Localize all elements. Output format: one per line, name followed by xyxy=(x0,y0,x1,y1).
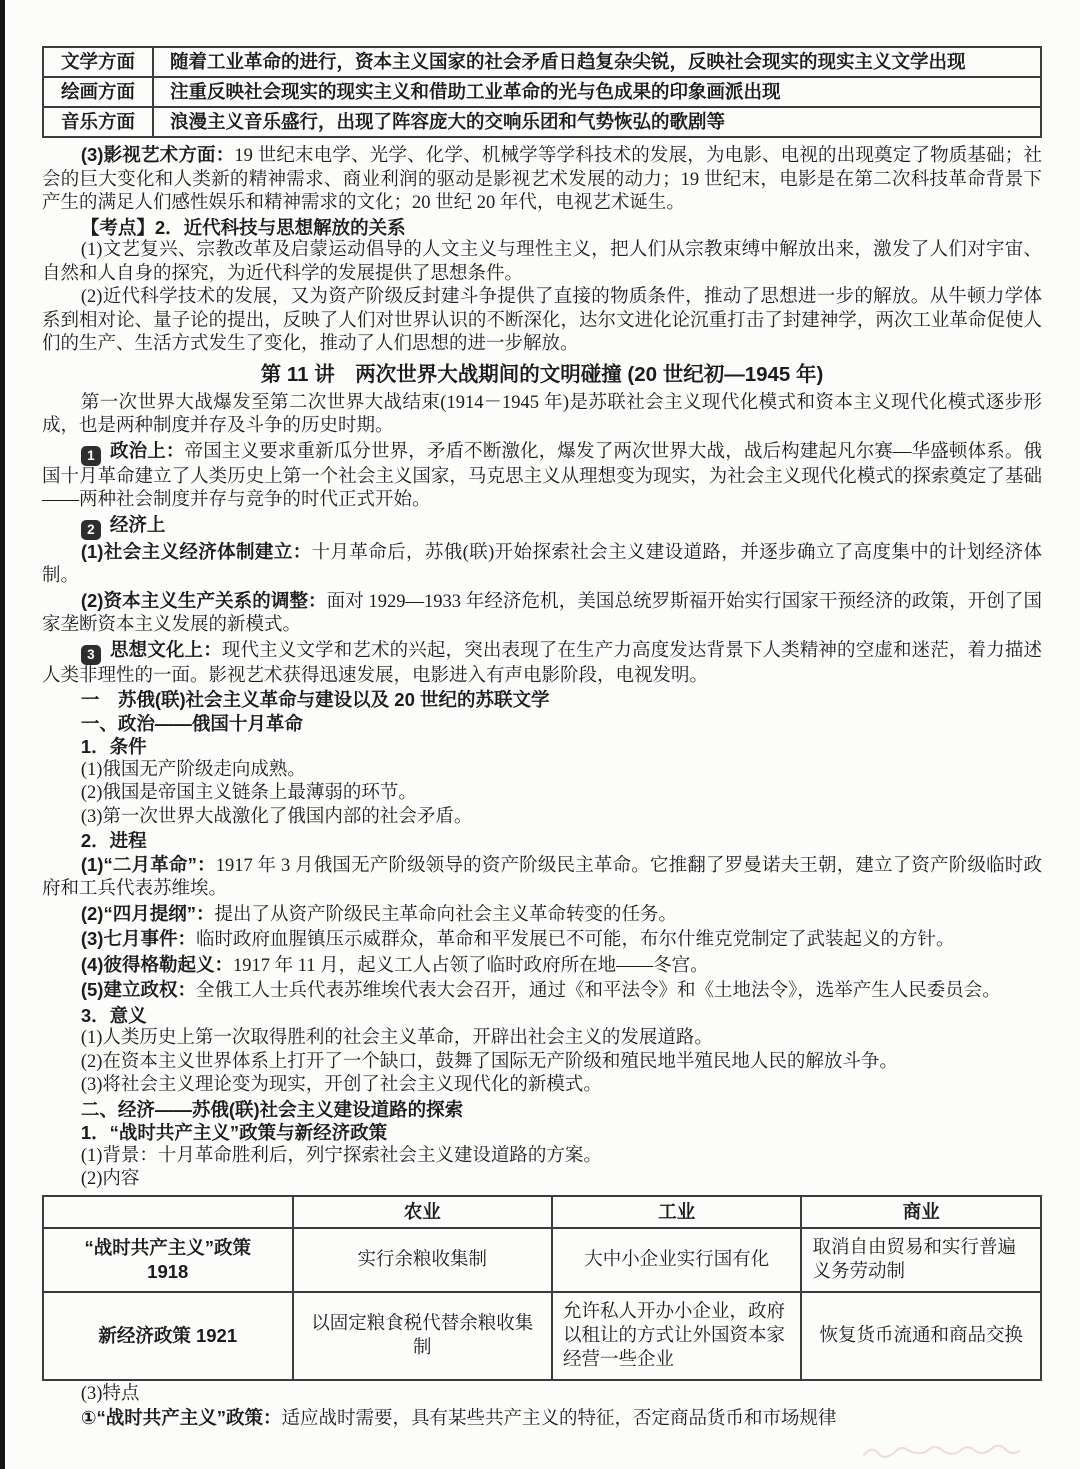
exam-point-heading: 【考点】2．近代科技与思想解放的关系 xyxy=(42,216,1042,240)
culture-aspects-table: 文学方面 随着工业革命的进行，资本主义国家的社会矛盾日趋复杂尖锐，反映社会现实的… xyxy=(42,46,1042,138)
policy-year: 1918 xyxy=(54,1260,282,1284)
header-empty xyxy=(43,1196,293,1228)
process-item-text: 全俄工人士兵代表苏维埃代表大会召开，通过《和平法令》和《土地法令》，选举产生人民… xyxy=(196,981,1001,1001)
features-item-1-text: 适应战时需要，具有某些共产主义的特征，否定商品货币和市场规律 xyxy=(282,1409,837,1429)
commerce-cell: 恢复货币流通和商品交换 xyxy=(801,1292,1041,1380)
heading-conditions: 1．条件 xyxy=(42,735,1042,759)
table-row: 文学方面 随着工业革命的进行，资本主义国家的社会矛盾日趋复杂尖锐，反映社会现实的… xyxy=(43,47,1041,77)
lecture-title: 第 11 讲 两次世界大战期间的文明碰撞 (20 世纪初—1945 年) xyxy=(42,360,1042,390)
process-item-lead: (5)建立政权： xyxy=(81,979,196,1000)
process-item: (4)彼得格勒起义：1917 年 11 月，起义工人占领了临时政府所在地——冬宫… xyxy=(42,953,1042,979)
features-heading: (3)特点 xyxy=(42,1383,1042,1407)
table-row-nep: 新经济政策 1921 以固定粮食税代替余粮收集制 允许私人开办小企业，政府以租让… xyxy=(43,1292,1041,1380)
features-item-1-lead: ①“战时共产主义”政策： xyxy=(81,1407,282,1428)
page-edge-line xyxy=(0,0,5,1469)
header-industry: 工业 xyxy=(552,1196,802,1228)
numbered-badge-2: 2 xyxy=(81,520,101,540)
policy-background: (1)背景：十月革命胜利后，列宁探索社会主义建设道路的方案。 xyxy=(42,1145,1042,1169)
process-item: (5)建立政权：全俄工人士兵代表苏维埃代表大会召开，通过《和平法令》和《土地法令… xyxy=(42,978,1042,1004)
industry-cell: 大中小企业实行国有化 xyxy=(552,1228,802,1292)
thought-paragraph-2: (2)近代科学技术的发展，又为资产阶级反封建斗争提供了直接的物质条件，推动了思想… xyxy=(42,286,1042,357)
heading-meaning: 3．意义 xyxy=(42,1004,1042,1028)
numbered-badge-1: 1 xyxy=(81,446,101,466)
meaning-item: (3)将社会主义理论变为现实，开创了社会主义现代化的新模式。 xyxy=(42,1074,1042,1098)
heading-process: 2．进程 xyxy=(42,829,1042,853)
process-item: (3)七月事件：临时政府血腥镇压示威群众，革命和平发展已不可能，布尔什维克党制定… xyxy=(42,927,1042,953)
condition-item: (2)俄国是帝国主义链条上最薄弱的环节。 xyxy=(42,782,1042,806)
table-row: 音乐方面 浪漫主义音乐盛行，出现了阵容庞大的交响乐团和气势恢弘的歌剧等 xyxy=(43,107,1041,137)
table-row: 绘画方面 注重反映社会现实的现实主义和借助工业革命的光与色成果的印象画派出现 xyxy=(43,77,1041,107)
policy-name: “战时共产主义”政策 xyxy=(54,1236,282,1260)
section-heading-soviet: 一 苏俄(联)社会主义革命与建设以及 20 世纪的苏联文学 xyxy=(42,688,1042,712)
commerce-cell: 取消自由贸易和实行普遍义务劳动制 xyxy=(801,1228,1041,1292)
economy-sub-2-lead: (2)资本主义生产关系的调整： xyxy=(81,590,327,611)
agriculture-cell: 实行余粮收集制 xyxy=(293,1228,552,1292)
meaning-item: (2)在资本主义世界体系上打开了一个缺口，鼓舞了国际无产阶级和殖民地半殖民地人民… xyxy=(42,1051,1042,1075)
aspect-text: 浪漫主义音乐盛行，出现了阵容庞大的交响乐团和气势恢弘的歌剧等 xyxy=(153,107,1041,137)
process-item-text: 临时政府血腥镇压示威群众，革命和平发展已不可能，布尔什维克党制定了武装起义的方针… xyxy=(196,930,955,950)
process-item-lead: (1)“二月革命”： xyxy=(81,854,216,875)
process-item-lead: (4)彼得格勒起义： xyxy=(81,954,233,975)
process-item-text: 提出了从资产阶级民主革命向社会主义革命转变的任务。 xyxy=(214,905,677,925)
politics-point: 1政治上：帝国主义要求重新瓜分世界，矛盾不断激化，爆发了两次世界大战，战后构建起… xyxy=(42,439,1042,513)
heading-politics-revolution: 一、政治——俄国十月革命 xyxy=(42,712,1042,736)
policy-name-cell: “战时共产主义”政策 1918 xyxy=(43,1228,293,1292)
policy-name-cell: 新经济政策 1921 xyxy=(43,1292,293,1380)
culture-point-lead: 思想文化上： xyxy=(110,639,222,660)
heading-war-communism: 1．“战时共产主义”政策与新经济政策 xyxy=(42,1121,1042,1145)
policy-content-label: (2)内容 xyxy=(42,1168,1042,1192)
aspect-text: 注重反映社会现实的现实主义和借助工业革命的光与色成果的印象画派出现 xyxy=(153,77,1041,107)
economy-point-heading: 2经济上 xyxy=(42,513,1042,540)
page-content: 文学方面 随着工业革命的进行，资本主义国家的社会矛盾日趋复杂尖锐，反映社会现实的… xyxy=(0,0,1080,1432)
process-item-lead: (3)七月事件： xyxy=(81,928,196,949)
economy-sub-2: (2)资本主义生产关系的调整：面对 1929—1933 年经济危机，美国总统罗斯… xyxy=(42,589,1042,638)
document-page: 文学方面 随着工业革命的进行，资本主义国家的社会矛盾日趋复杂尖锐，反映社会现实的… xyxy=(0,0,1080,1469)
process-item-text: 1917 年 11 月，起义工人占领了临时政府所在地——冬宫。 xyxy=(233,956,709,976)
table-row-war-communism: “战时共产主义”政策 1918 实行余粮收集制 大中小企业实行国有化 取消自由贸… xyxy=(43,1228,1041,1292)
thought-paragraph-1: (1)文艺复兴、宗教改革及启蒙运动倡导的人文主义与理性主义，把人们从宗教束缚中解… xyxy=(42,239,1042,286)
meaning-item: (1)人类历史上第一次取得胜利的社会主义革命，开辟出社会主义的发展道路。 xyxy=(42,1027,1042,1051)
economy-sub-1: (1)社会主义经济体制建立：十月革命后，苏俄(联)开始探索社会主义建设道路，并逐… xyxy=(42,540,1042,589)
process-item-lead: (2)“四月提纲”： xyxy=(81,903,215,924)
economy-sub-1-lead: (1)社会主义经济体制建立： xyxy=(81,541,312,562)
condition-item: (1)俄国无产阶级走向成熟。 xyxy=(42,759,1042,783)
film-art-paragraph: (3)影视艺术方面：19 世纪末电学、光学、化学、机械学等学科技术的发展，为电影… xyxy=(42,143,1042,216)
table-header-row: 农业 工业 商业 xyxy=(43,1196,1041,1228)
film-art-lead: (3)影视艺术方面： xyxy=(81,144,235,165)
process-item: (1)“二月革命”：1917 年 3 月俄国无产阶级领导的资产阶级民主革命。它推… xyxy=(42,853,1042,902)
economy-lead: 经济上 xyxy=(110,514,166,535)
industry-cell: 允许私人开办小企业，政府以租让的方式让外国资本家经营一些企业 xyxy=(552,1292,802,1380)
heading-economy-exploration: 二、经济——苏俄(联)社会主义建设道路的探索 xyxy=(42,1098,1042,1122)
features-item-1: ①“战时共产主义”政策：适应战时需要，具有某些共产主义的特征，否定商品货币和市场… xyxy=(42,1406,1042,1432)
aspect-label: 绘画方面 xyxy=(43,77,153,107)
condition-item: (3)第一次世界大战激化了俄国内部的社会矛盾。 xyxy=(42,806,1042,830)
numbered-badge-3: 3 xyxy=(81,645,101,665)
culture-point: 3思想文化上：现代主义文学和艺术的兴起，突出表现了在生产力高度发达背景下人类精神… xyxy=(42,638,1042,689)
aspect-text: 随着工业革命的进行，资本主义国家的社会矛盾日趋复杂尖锐，反映社会现实的现实主义文… xyxy=(153,47,1041,77)
aspect-label: 音乐方面 xyxy=(43,107,153,137)
header-agriculture: 农业 xyxy=(293,1196,552,1228)
watermark xyxy=(860,1439,1060,1465)
politics-text: 帝国主义要求重新瓜分世界，矛盾不断激化，爆发了两次世界大战，战后构建起凡尔赛—华… xyxy=(42,442,1042,511)
lecture-intro: 第一次世界大战爆发至第二次世界大战结束(1914－1945 年)是苏联社会主义现… xyxy=(42,392,1042,439)
aspect-label: 文学方面 xyxy=(43,47,153,77)
politics-lead: 政治上： xyxy=(110,440,185,461)
agriculture-cell: 以固定粮食税代替余粮收集制 xyxy=(293,1292,552,1380)
process-item: (2)“四月提纲”：提出了从资产阶级民主革命向社会主义革命转变的任务。 xyxy=(42,902,1042,928)
policy-comparison-table: 农业 工业 商业 “战时共产主义”政策 1918 实行余粮收集制 大中小企业实行… xyxy=(42,1195,1042,1381)
header-commerce: 商业 xyxy=(801,1196,1041,1228)
